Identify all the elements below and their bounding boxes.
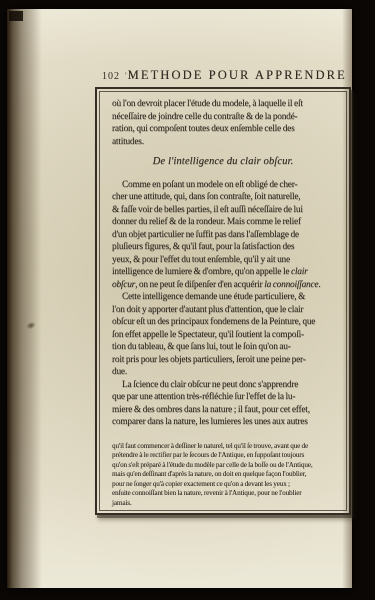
- frame-content: où l'on devroit placer l'étude du modele…: [100, 92, 346, 510]
- text-line: jamais.: [112, 499, 334, 509]
- running-title: METHODE POUR APPRENDRE: [128, 68, 347, 83]
- text-line: yeux, & pour l'effet du tout enſemble, q…: [112, 254, 334, 267]
- text-line: l'on doit y apporter d'autant plus d'att…: [112, 304, 334, 317]
- text-line: mais qu'en deſſinant d'après la nature, …: [112, 470, 334, 480]
- text-frame: où l'on devroit placer l'étude du modele…: [95, 87, 351, 515]
- footnote: qu'il faut commencer à deſſiner le natur…: [112, 442, 334, 509]
- paragraph: où l'on devroit placer l'étude du modele…: [112, 98, 334, 148]
- text-line: obſcur, on ne peut ſe diſpenſer d'en acq…: [112, 279, 334, 292]
- text-line: ſon effet appelle le Spectateur, qu'il ſ…: [112, 329, 334, 342]
- gutter-shadow: [7, 9, 47, 588]
- text-line: comparer dans la nature, les lumieres le…: [112, 416, 334, 429]
- page-smudge: [25, 320, 37, 330]
- text-line: roit pris pour les objets particuliers, …: [112, 354, 334, 367]
- text-line: d'un objet particulier ne ſuffit pas dan…: [112, 229, 334, 242]
- scan-edge-notch: [9, 11, 23, 21]
- body-text: où l'on devroit placer l'étude du modele…: [112, 98, 334, 429]
- text-line: miere & des ombres dans la nature ; il f…: [112, 404, 334, 417]
- text-line: enſuite connoiſſant bien la nature, reve…: [112, 489, 334, 499]
- text-line: qu'il faut commencer à deſſiner le natur…: [112, 442, 334, 452]
- text-line: pluſieurs figures, & qu'il faut, pour la…: [112, 241, 334, 254]
- text-line: Cette intelligence demande une étude par…: [112, 291, 334, 304]
- text-line: attitudes.: [112, 136, 334, 149]
- screenshot-root: { "colors": { "background": "#0a0705", "…: [0, 0, 375, 600]
- page-header: 102 ' METHODE POUR APPRENDRE: [102, 68, 352, 83]
- book-page: 102 ' METHODE POUR APPRENDRE où l'on dev…: [7, 9, 352, 588]
- text-line: cher une attitude, qui, dans ſon contraſ…: [112, 191, 334, 204]
- text-line: néceſſaire de joindre celle du contraſte…: [112, 111, 334, 124]
- text-line: Comme en poſant un modele on eſt obligé …: [112, 179, 334, 192]
- paragraph: Comme en poſant un modele on eſt obligé …: [112, 179, 334, 292]
- text-line: où l'on devroit placer l'étude du modele…: [112, 98, 334, 111]
- section-heading: De l'intelligence du clair obſcur.: [112, 156, 334, 169]
- book-scan: 102 ' METHODE POUR APPRENDRE où l'on dev…: [0, 0, 375, 600]
- text-line: & faſſe voir de belles parties, il eſt a…: [112, 204, 334, 217]
- text-line: pour ne ſonger qu'à copier exactement ce…: [112, 480, 334, 490]
- paragraph: La ſcience du clair obſcur ne peut donc …: [112, 379, 334, 429]
- text-line: que par une attention très-réfléchie ſur…: [112, 391, 334, 404]
- text-line: prétendre à le rectifier par le ſecours …: [112, 451, 334, 461]
- paragraph: Cette intelligence demande une étude par…: [112, 291, 334, 379]
- ink-speck: ': [125, 71, 127, 81]
- text-line: tion du tableau, & que ſans lui, tout le…: [112, 341, 334, 354]
- text-line: intelligence de lumiere & d'ombre, qu'on…: [112, 266, 334, 279]
- text-line: La ſcience du clair obſcur ne peut donc …: [112, 379, 334, 392]
- text-line: obſcur eſt un des principaux fondemens d…: [112, 316, 334, 329]
- text-line: due.: [112, 366, 334, 379]
- folio-number: 102: [102, 71, 120, 82]
- text-line: qu'on s'eſt préparé à l'étude du modèle …: [112, 461, 334, 471]
- text-line: ration, qui compoſent toutes deux enſemb…: [112, 123, 334, 136]
- text-line: donner du relief & de la rondeur. Mais c…: [112, 216, 334, 229]
